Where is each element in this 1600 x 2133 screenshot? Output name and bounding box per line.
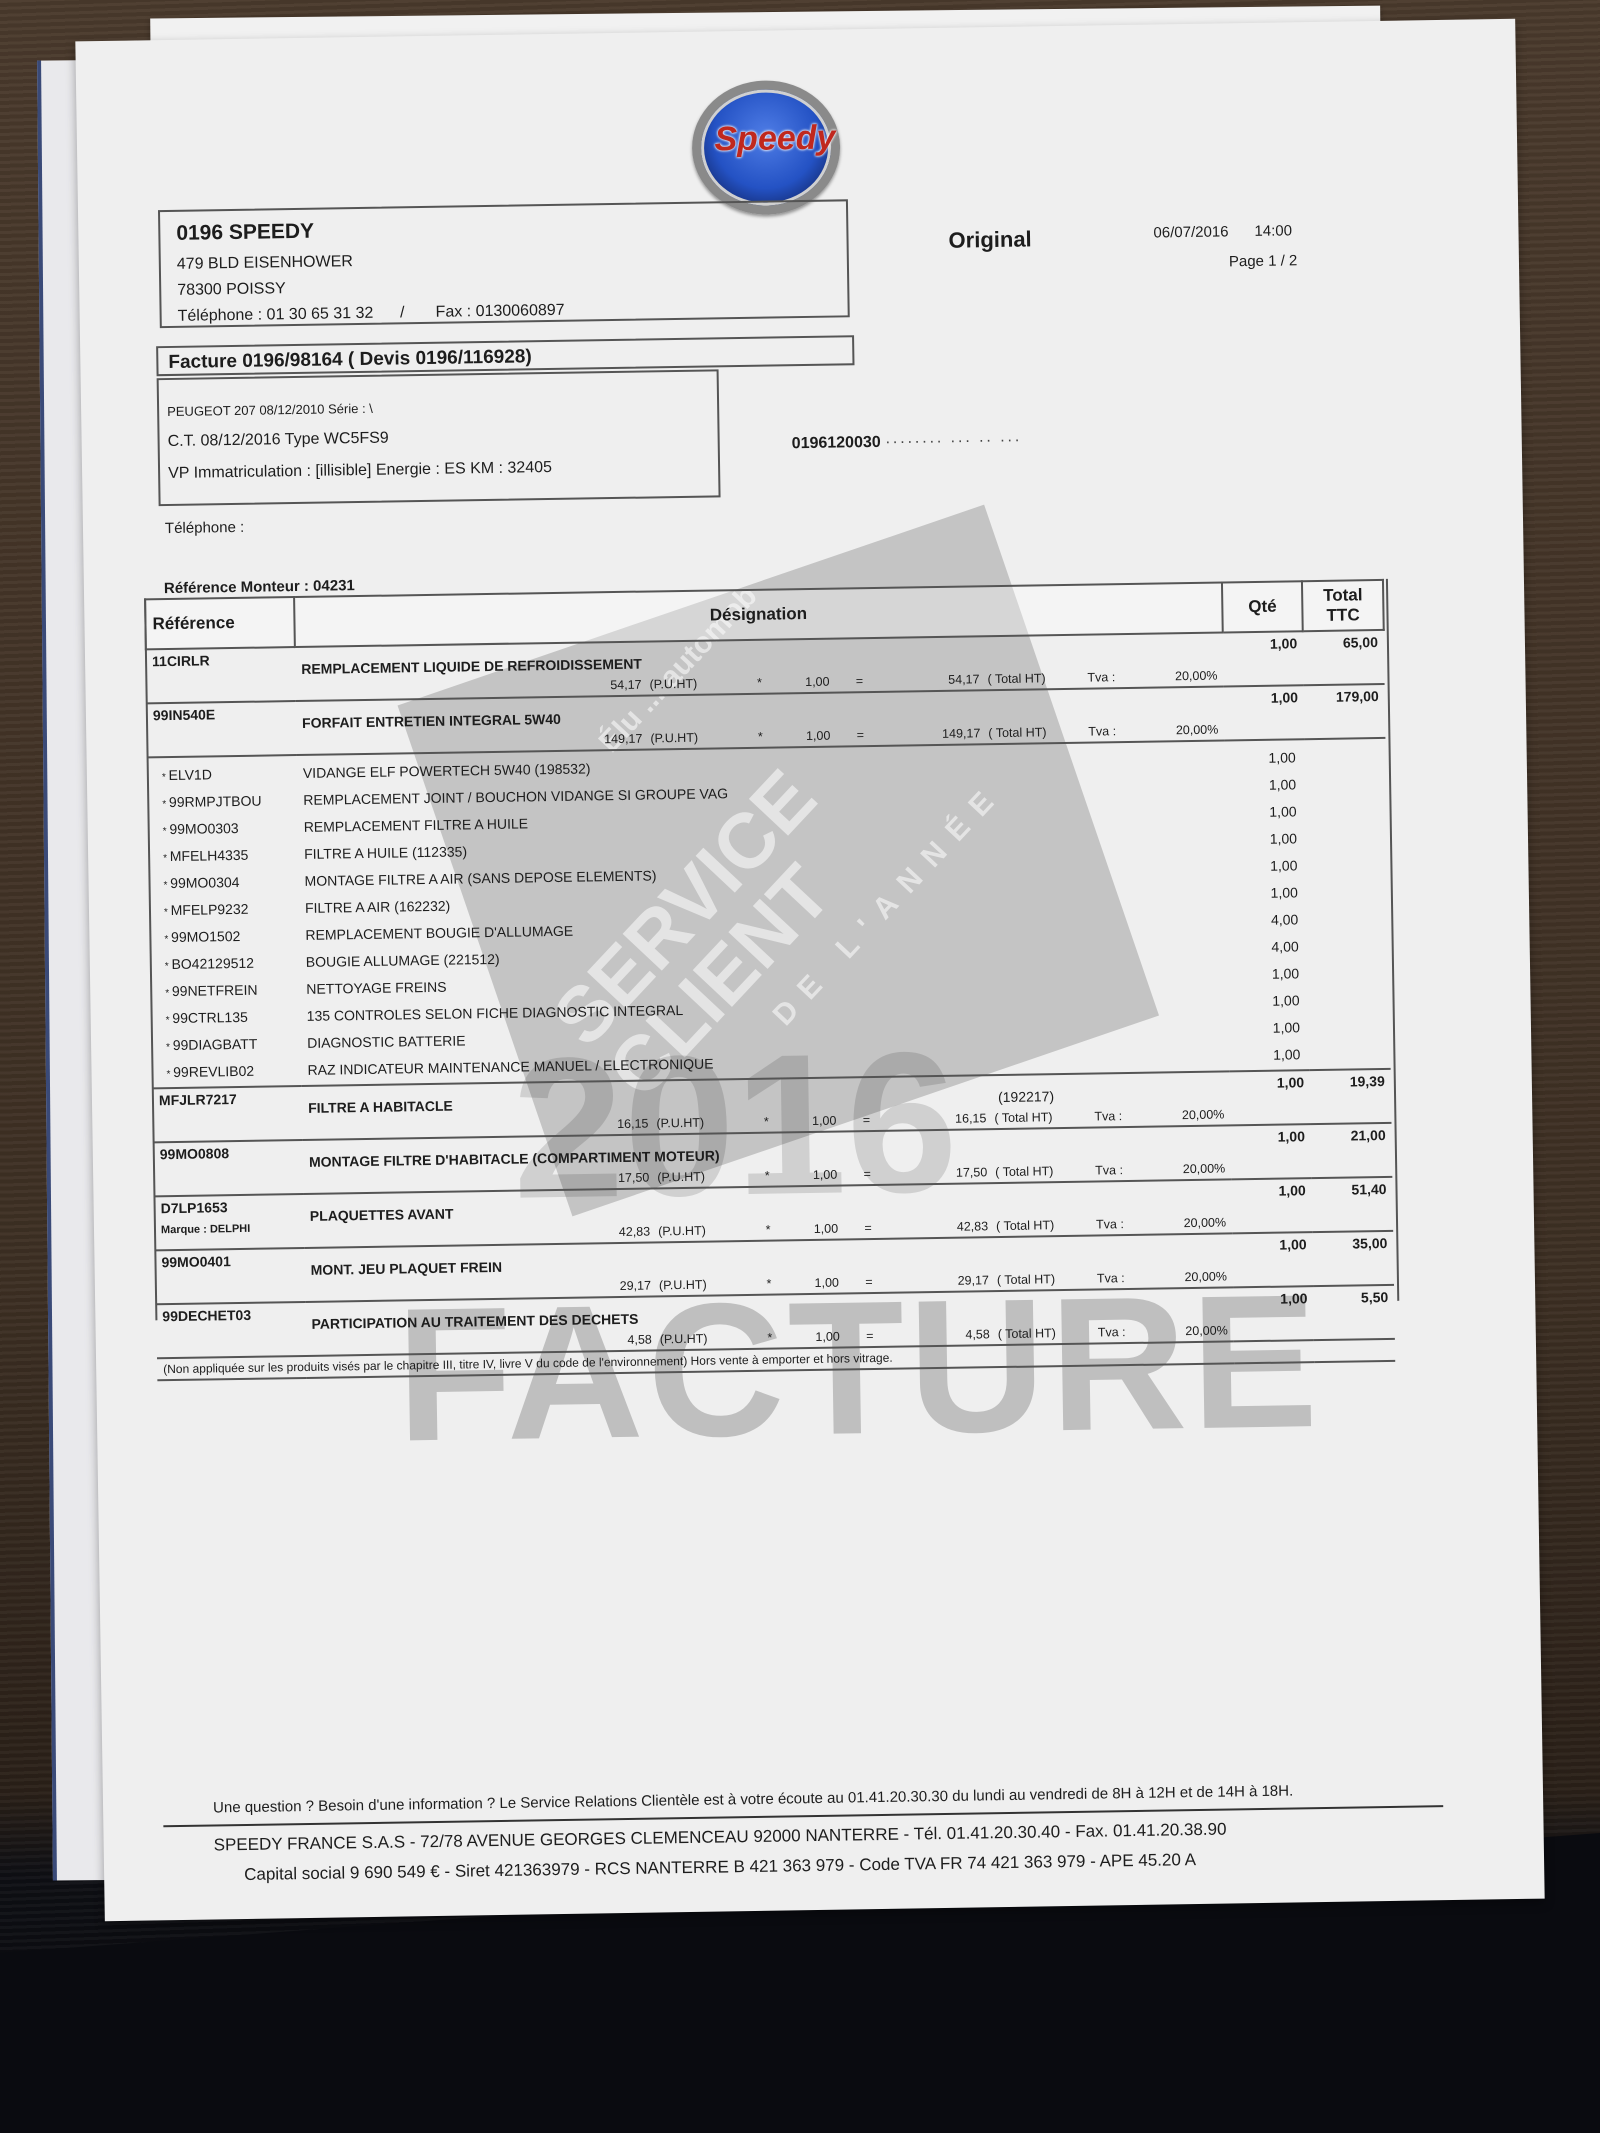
customer-code-value: 0196120030 — [792, 434, 881, 452]
item-qty: 1,00 — [1231, 1124, 1312, 1179]
sub-item-qty: 1,00 — [1225, 798, 1386, 828]
sub-item-qty: 1,00 — [1229, 1041, 1390, 1072]
shop-info-box: 0196 SPEEDY 479 BLD EISENHOWER 78300 POI… — [158, 199, 850, 328]
shop-name: 0196 SPEEDY — [176, 212, 830, 246]
invoice-page: Élu ... automob SERVICE CLIENT DE L'ANNÉ… — [75, 19, 1544, 1921]
item-qty: 1,00 — [1223, 631, 1304, 686]
original-label: Original — [948, 226, 1032, 253]
sub-item-reference: 99NETFREIN — [151, 977, 300, 1006]
shop-fax: 0130060897 — [475, 302, 564, 320]
item-total-ttc: 51,40 — [1312, 1177, 1394, 1232]
item-total-ttc: 5,50 — [1313, 1285, 1395, 1340]
header-reference: Référence — [145, 597, 295, 649]
item-total-ttc: 19,39 — [1310, 1069, 1392, 1124]
invoice-time: 14:00 — [1254, 222, 1292, 240]
sub-item-qty: 1,00 — [1228, 960, 1389, 990]
item-reference: 99MO0401 — [155, 1248, 305, 1304]
sub-item-qty: 1,00 — [1229, 1014, 1390, 1044]
item-reference: MFJLR7217 — [153, 1086, 303, 1142]
sub-item-qty: 1,00 — [1227, 879, 1388, 909]
item-reference: D7LP1653Marque : DELPHI — [154, 1194, 304, 1250]
vehicle-ct: C.T. 08/12/2016 Type WC5FS9 — [167, 425, 709, 452]
fax-label: Fax : — [435, 303, 471, 321]
item-qty: 1,00 — [1224, 685, 1305, 740]
item-qty: 1,00 — [1232, 1232, 1313, 1287]
sub-item-qty: 1,00 — [1225, 771, 1386, 801]
invoice-date: 06/07/2016 — [1153, 223, 1228, 241]
item-reference: 11CIRLR — [146, 647, 296, 703]
page-number: Page 1 / 2 — [1229, 252, 1298, 270]
customer-code-obscured: ········ ··· ·· ··· — [885, 432, 1022, 451]
item-total-ttc: 35,00 — [1312, 1231, 1394, 1286]
vehicle-model: PEUGEOT 207 08/12/2010 Série : \ — [167, 396, 709, 420]
sub-item-reference: 99MO0304 — [149, 869, 298, 898]
sub-item-reference: 99MO0303 — [149, 815, 298, 844]
sub-item-qty: 1,00 — [1226, 825, 1387, 855]
vehicle-info-box: PEUGEOT 207 08/12/2010 Série : \ C.T. 08… — [157, 369, 721, 506]
shop-contact: Téléphone : 01 30 65 31 32 / Fax : 01300… — [178, 298, 832, 326]
sub-item-reference: MFELP9232 — [150, 896, 299, 925]
item-reference: 99IN540E — [147, 701, 297, 757]
customer-code: 0196120030 ········ ··· ·· ··· — [792, 432, 1022, 454]
phone-label: Téléphone : — [178, 307, 263, 325]
sub-item-reference: BO42129512 — [151, 950, 300, 979]
item-reference: 99MO0808 — [154, 1140, 304, 1196]
vehicle-registration: VP Immatriculation : [illisible] Energie… — [168, 457, 710, 484]
customer-phone: Téléphone : — [165, 519, 244, 537]
sub-item-reference: 99REVLIB02 — [152, 1058, 301, 1088]
sub-item-reference: ELV1D — [148, 755, 298, 790]
separator: / — [400, 304, 405, 321]
shop-phone: 01 30 65 31 32 — [266, 305, 373, 324]
sub-item-qty: 4,00 — [1227, 906, 1388, 936]
sub-item-reference: 99DIAGBATT — [152, 1031, 301, 1060]
sub-item-qty: 4,00 — [1228, 933, 1389, 963]
item-total-ttc: 179,00 — [1304, 684, 1386, 739]
item-reference: 99DECHET03 — [156, 1302, 306, 1358]
logo-text: Speedy — [687, 118, 864, 160]
sub-item-reference: 99MO1502 — [150, 923, 299, 952]
shop-address-2: 78300 POISSY — [177, 272, 831, 300]
item-qty: 1,00 — [1233, 1286, 1314, 1341]
sub-item-reference: 99RMPJTBOU — [148, 788, 297, 817]
item-extra-ref: (192217) — [998, 1088, 1054, 1105]
item-total-ttc: 21,00 — [1311, 1123, 1393, 1178]
speedy-logo: Speedy — [691, 79, 841, 215]
header-total: Total TTC — [1302, 580, 1384, 631]
shop-address-1: 479 BLD EISENHOWER — [177, 246, 831, 274]
header-qty: Qté — [1222, 581, 1303, 632]
invoice-title: Facture 0196/98164 ( Devis 0196/116928) — [156, 335, 854, 376]
sub-item-qty: 1,00 — [1226, 852, 1387, 882]
sub-item-qty: 1,00 — [1228, 987, 1389, 1017]
invoice-items-table: Référence Désignation Qté Total TTC 11CI… — [144, 579, 1396, 1381]
item-qty: 1,00 — [1230, 1070, 1311, 1125]
sub-item-reference: MFELH4335 — [149, 842, 298, 871]
sub-item-reference: 99CTRL135 — [151, 1004, 300, 1033]
item-qty: 1,00 — [1231, 1178, 1312, 1233]
footer: Une question ? Besoin d'une information … — [163, 1780, 1444, 1887]
item-brand: Marque : DELPHI — [161, 1222, 298, 1236]
item-total-ttc: 65,00 — [1303, 630, 1385, 685]
sub-item-qty: 1,00 — [1224, 738, 1385, 774]
mechanic-reference: Référence Monteur : 04231 — [164, 577, 355, 597]
